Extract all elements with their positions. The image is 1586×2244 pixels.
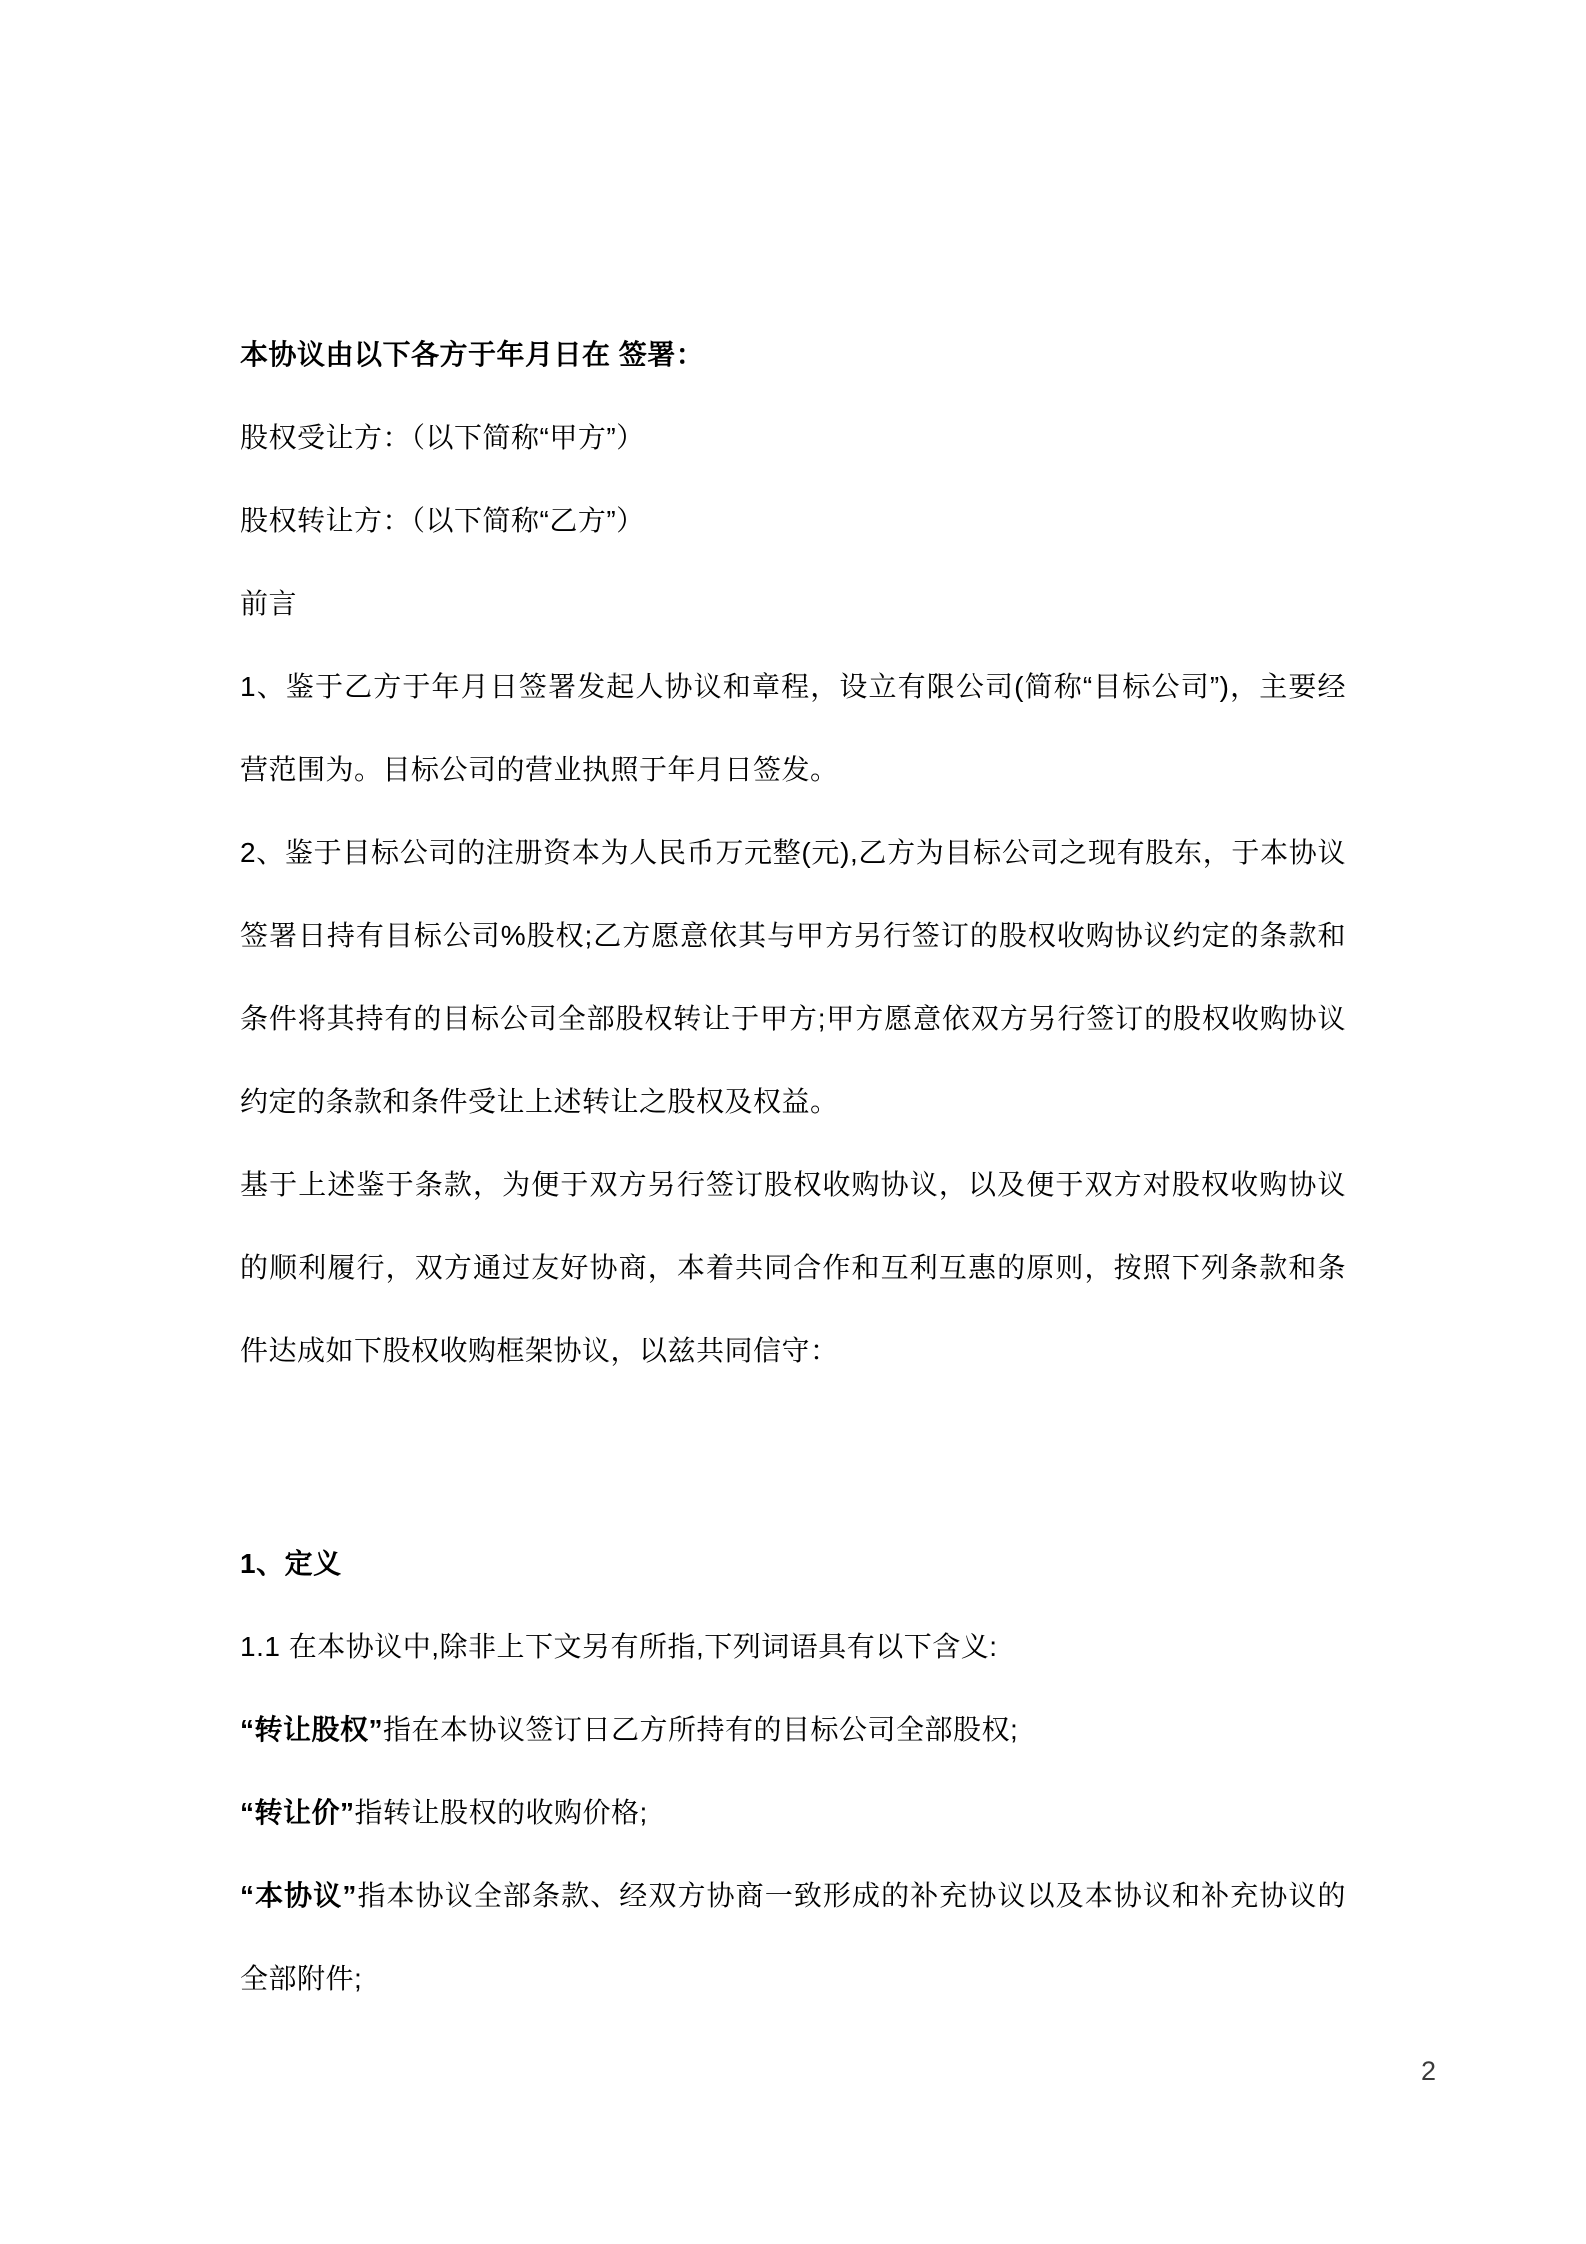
definition-text: 指在本协议签订日乙方所持有的目标公司全部股权;	[383, 1714, 1018, 1745]
definition-text: 指本协议全部条款、经双方协商一致形成的补充协议以及本协议和补充协议的全部附件;	[240, 1880, 1346, 1994]
defined-term: “转让价”	[240, 1797, 355, 1828]
signing-line: 本协议由以下各方于年月日在 签署：	[240, 313, 1346, 396]
party-a-line: 股权受让方：（以下简称“甲方”）	[240, 396, 1346, 479]
page-number: 2	[1421, 2056, 1436, 2087]
definition-transfer-equity: “转让股权”指在本协议签订日乙方所持有的目标公司全部股权;	[240, 1688, 1346, 1771]
clause-1-1: 1.1 在本协议中,除非上下文另有所指,下列词语具有以下含义:	[240, 1605, 1346, 1688]
document-body: 本协议由以下各方于年月日在 签署： 股权受让方：（以下简称“甲方”） 股权转让方…	[240, 313, 1346, 2020]
definition-transfer-price: “转让价”指转让股权的收购价格;	[240, 1771, 1346, 1854]
recital-1: 1、鉴于乙方于年月日签署发起人协议和章程，设立有限公司(简称“目标公司”)，主要…	[240, 645, 1346, 811]
definition-this-agreement: “本协议”指本协议全部条款、经双方协商一致形成的补充协议以及本协议和补充协议的全…	[240, 1854, 1346, 2020]
section-1-heading: 1、定义	[240, 1522, 1346, 1605]
document-page: 本协议由以下各方于年月日在 签署： 股权受让方：（以下简称“甲方”） 股权转让方…	[0, 0, 1586, 2244]
definition-text: 指转让股权的收购价格;	[355, 1797, 648, 1828]
party-b-line: 股权转让方：（以下简称“乙方”）	[240, 479, 1346, 562]
recital-2: 2、鉴于目标公司的注册资本为人民币万元整(元),乙方为目标公司之现有股东，于本协…	[240, 811, 1346, 1143]
defined-term: “转让股权”	[240, 1714, 383, 1745]
preface-heading: 前言	[240, 562, 1346, 645]
defined-term: “本协议”	[240, 1880, 357, 1911]
basis-paragraph: 基于上述鉴于条款，为便于双方另行签订股权收购协议，以及便于双方对股权收购协议的顺…	[240, 1143, 1346, 1392]
